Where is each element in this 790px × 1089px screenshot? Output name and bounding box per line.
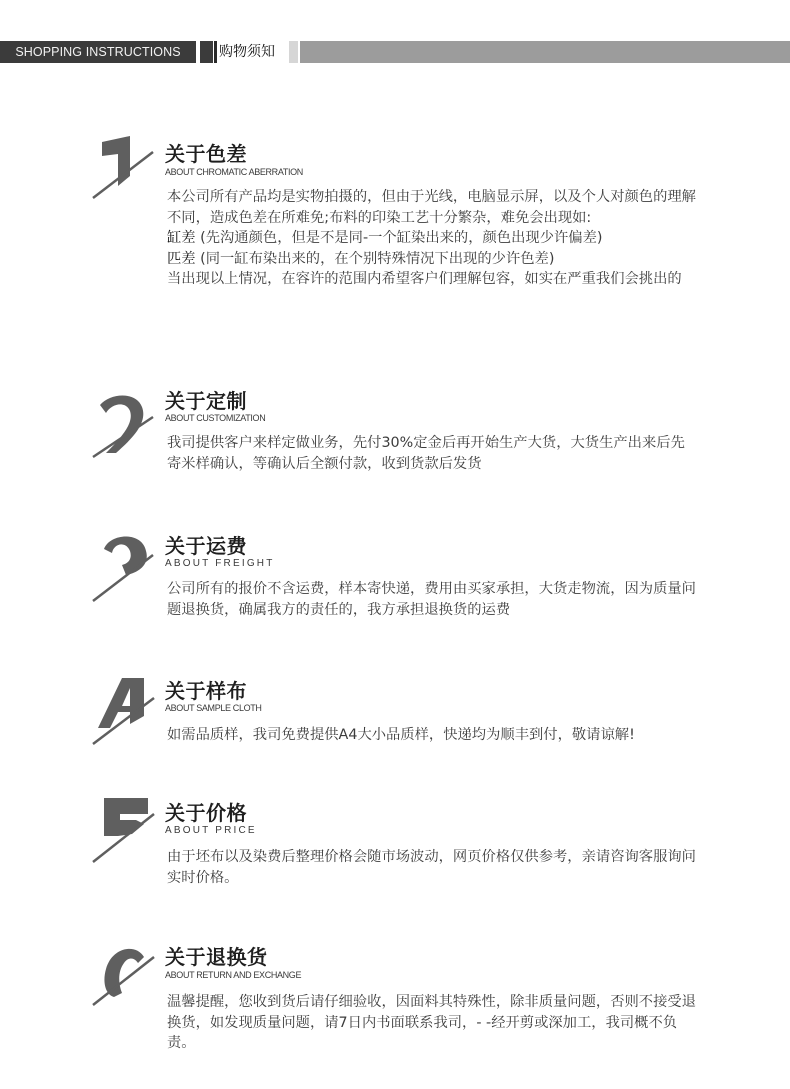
header-bar: SHOPPING INSTRUCTIONS 购物须知 bbox=[0, 41, 790, 63]
numeral-2-icon bbox=[88, 387, 168, 467]
header-light-block bbox=[289, 41, 298, 63]
section-title: 关于运费 bbox=[165, 530, 247, 559]
numeral-4-icon bbox=[88, 672, 168, 752]
numeral-3-icon bbox=[88, 527, 168, 607]
section-subtitle: ABOUT CHROMATIC ABERRATION bbox=[165, 167, 303, 177]
section-title: 关于退换货 bbox=[165, 941, 268, 970]
item-text: (先沟通颜色，但是不是同-一个缸染出来的，颜色出现少许偏差) bbox=[196, 230, 603, 246]
body-item: 缸差 (先沟通颜色，但是不是同-一个缸染出来的，颜色出现少许偏差) bbox=[167, 228, 697, 249]
section-title: 关于色差 bbox=[165, 138, 247, 167]
section-body: 公司所有的报价不含运费，样本寄快递，费用由买家承担，大货走物流，因为质量问题退换… bbox=[167, 579, 697, 620]
header-gray-bar bbox=[300, 41, 790, 63]
header-title-en: SHOPPING INSTRUCTIONS bbox=[0, 41, 196, 63]
header-dark-block bbox=[200, 41, 213, 63]
section-subtitle: ABOUT SAMPLE CLOTH bbox=[165, 703, 262, 713]
section-title: 关于价格 bbox=[165, 797, 247, 826]
body-closing: 当出现以上情况，在容许的范围内希望客户们理解包容，如实在严重我们会挑出的 bbox=[167, 269, 697, 290]
section-title: 关于定制 bbox=[165, 385, 247, 414]
section-body: 如需品质样，我司免费提供A4大小品质样，快递均为顺丰到付，敬请谅解! bbox=[167, 725, 697, 746]
body-paragraph: 本公司所有产品均是实物拍摄的，但由于光线，电脑显示屏，以及个人对颜色的理解不同，… bbox=[167, 187, 697, 228]
section-title: 关于样布 bbox=[165, 675, 247, 704]
section-subtitle: ABOUT RETURN AND EXCHANGE bbox=[165, 970, 301, 980]
numeral-1-icon bbox=[88, 132, 168, 212]
section-subtitle: ABOUT CUSTOMIZATION bbox=[165, 413, 265, 423]
header-title-cn: 购物须知 bbox=[219, 41, 289, 63]
item-term: 匹差 bbox=[167, 251, 196, 267]
section-body: 由于坯布以及染费后整理价格会随市场波动，网页价格仅供参考，亲请咨询客服询问实时价… bbox=[167, 847, 697, 888]
header-divider bbox=[214, 41, 217, 63]
item-text: (同一缸布染出来的，在个别特殊情况下出现的少许色差) bbox=[196, 251, 555, 267]
item-term: 缸差 bbox=[167, 230, 196, 246]
body-item: 匹差 (同一缸布染出来的，在个别特殊情况下出现的少许色差) bbox=[167, 249, 697, 270]
section-subtitle: ABOUT FREIGHT bbox=[165, 558, 275, 569]
section-subtitle: ABOUT PRICE bbox=[165, 825, 257, 836]
numeral-5-icon bbox=[88, 792, 168, 872]
section-body: 我司提供客户来样定做业务，先付30%定金后再开始生产大货，大货生产出来后先寄米样… bbox=[167, 433, 697, 474]
numeral-6-icon bbox=[88, 937, 168, 1017]
section-body: 本公司所有产品均是实物拍摄的，但由于光线，电脑显示屏，以及个人对颜色的理解不同，… bbox=[167, 187, 697, 290]
section-body: 温馨提醒，您收到货后请仔细验收，因面料其特殊性，除非质量问题，否则不接受退换货，… bbox=[167, 992, 697, 1054]
